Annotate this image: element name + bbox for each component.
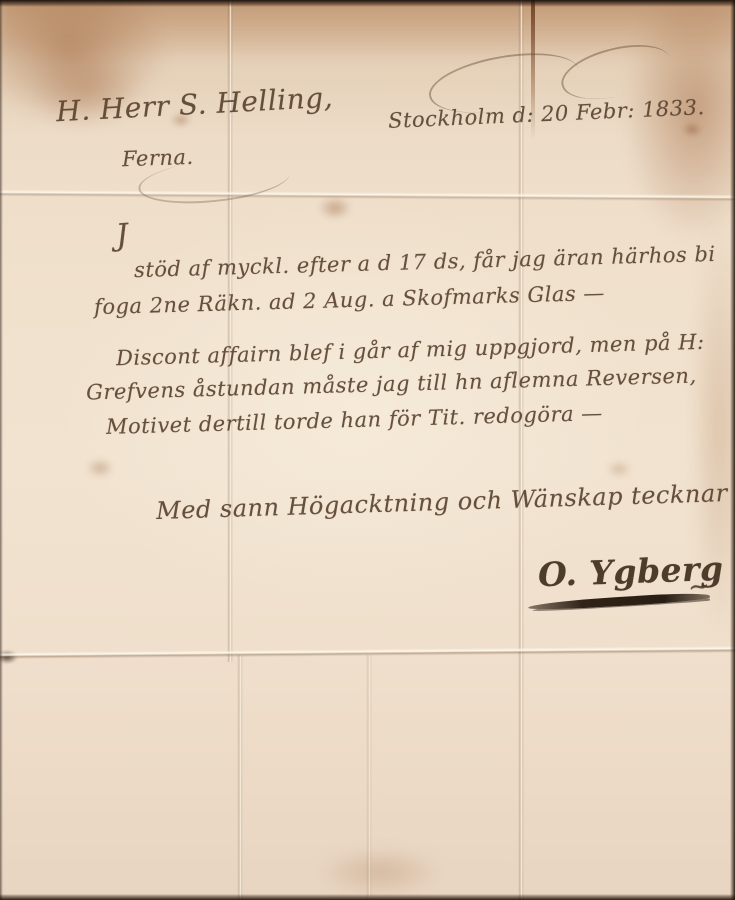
- signature-ink-underline: [528, 591, 710, 611]
- scan-edge-top: [0, 0, 735, 7]
- scan-edge-right: [730, 0, 735, 900]
- scan-edge-left: [0, 0, 3, 900]
- vertical-fold-center-lower: [366, 655, 372, 900]
- vertical-fold-left-lower: [237, 655, 243, 900]
- foxing-spot: [682, 122, 702, 137]
- foxing-spot: [86, 458, 114, 478]
- letter-scan: H. Herr S. Helling, Ferna. Stockholm d: …: [0, 0, 735, 900]
- letter-body-line: stöd af myckl. efter a d 17 ds, får jag …: [134, 242, 716, 282]
- foxing-spot: [318, 196, 352, 220]
- closing-line: Med sann Högacktning och Wänskap tecknar: [156, 479, 728, 525]
- letter-body-line: foga 2ne Räkn. ad 2 Aug. a Skofmarks Gla…: [94, 281, 605, 319]
- letter-body-line: Motivet dertill torde han för Tit. redog…: [106, 401, 603, 439]
- recipient-place: Ferna.: [122, 145, 194, 171]
- letter-body-line: Discont affairn blef i går af mig uppgjo…: [116, 330, 705, 370]
- foxing-spot: [606, 460, 632, 478]
- bottom-smudge-stain: [315, 848, 445, 896]
- paragraph-initial: J: [115, 218, 130, 254]
- scan-edge-bottom: [0, 894, 735, 900]
- horizontal-fold-upper: [0, 189, 735, 201]
- letter-body-line: Grefvens åstundan måste jag till hn afle…: [86, 363, 697, 404]
- vertical-fold-right: [518, 0, 524, 900]
